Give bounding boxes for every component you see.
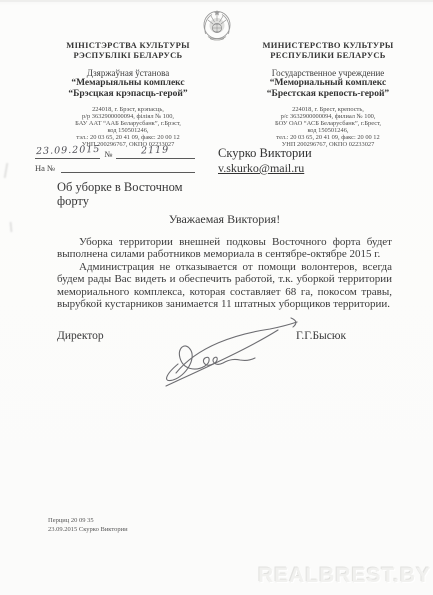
outgoing-date-handwritten: 23.09.2015 xyxy=(35,144,100,157)
body-paragraph: Уборка территории внешней подковы Восточ… xyxy=(57,236,392,261)
outgoing-date-line: 23.09.2015 xyxy=(35,140,100,159)
signer-title: Директор xyxy=(57,330,104,342)
executor-note: Перциц 20 09 35 23.09.2015 Скурко Виктор… xyxy=(48,516,128,534)
letterhead-right-column: МИНИСТЕРСТВО КУЛЬТУРЫ РЕСПУБЛИКИ БЕЛАРУС… xyxy=(232,40,424,148)
salutation: Уважаемая Виктория! xyxy=(57,212,392,227)
incoming-number-blank-line xyxy=(61,162,195,173)
org-type-ru: Государственное учреждение xyxy=(232,68,424,78)
org-name-by: “Мемарыяльны комплекс “Брэсцкая крэпасць… xyxy=(36,78,220,100)
outgoing-number-handwritten: 2119 xyxy=(141,145,170,157)
letterhead-left-column: МІНІСТЭРСТВА КУЛЬТУРЫ РЭСПУБЛІКІ БЕЛАРУС… xyxy=(36,40,220,148)
recipient-email: v.skurko@mail.ru xyxy=(218,161,312,175)
ministry-name-by: МІНІСТЭРСТВА КУЛЬТУРЫ РЭСПУБЛІКІ БЕЛАРУС… xyxy=(36,40,220,60)
org-address-ru: 224018, г. Брест, крепость, р/с 36329000… xyxy=(232,107,424,148)
subject-line: Об уборке в Восточном форту xyxy=(57,181,183,208)
org-name-ru: “Мемориальный комплекс “Брестская крепос… xyxy=(232,78,424,100)
site-watermark: REALBREST.BY xyxy=(258,564,431,588)
ministry-name-ru: МИНИСТЕРСТВО КУЛЬТУРЫ РЕСПУБЛИКИ БЕЛАРУС… xyxy=(232,40,424,60)
outgoing-ref-row: 23.09.2015 № 2119 xyxy=(35,145,195,159)
recipient-name: Скурко Виктории xyxy=(218,146,312,160)
body-paragraph: Администрация не отказывается от помощи … xyxy=(57,261,392,311)
incoming-ref-row: На № xyxy=(35,162,195,173)
scan-edge-shadow xyxy=(0,0,433,2)
outgoing-number-line: 2119 xyxy=(116,140,195,159)
letter-body: Уборка территории внешней подковы Восточ… xyxy=(57,236,392,310)
scan-artifact xyxy=(10,222,13,232)
scanned-letter-page: МІНІСТЭРСТВА КУЛЬТУРЫ РЭСПУБЛІКІ БЕЛАРУС… xyxy=(0,0,433,595)
reference-block: 23.09.2015 № 2119 На № xyxy=(35,145,195,173)
scan-artifact xyxy=(4,163,9,178)
org-type-by: Дзяржаўная ўстанова xyxy=(36,68,220,78)
recipient-block: Скурко Виктории v.skurko@mail.ru xyxy=(218,146,312,175)
number-sign-label: № xyxy=(104,149,112,159)
handwritten-signature xyxy=(156,316,314,390)
incoming-number-label: На № xyxy=(35,163,55,173)
